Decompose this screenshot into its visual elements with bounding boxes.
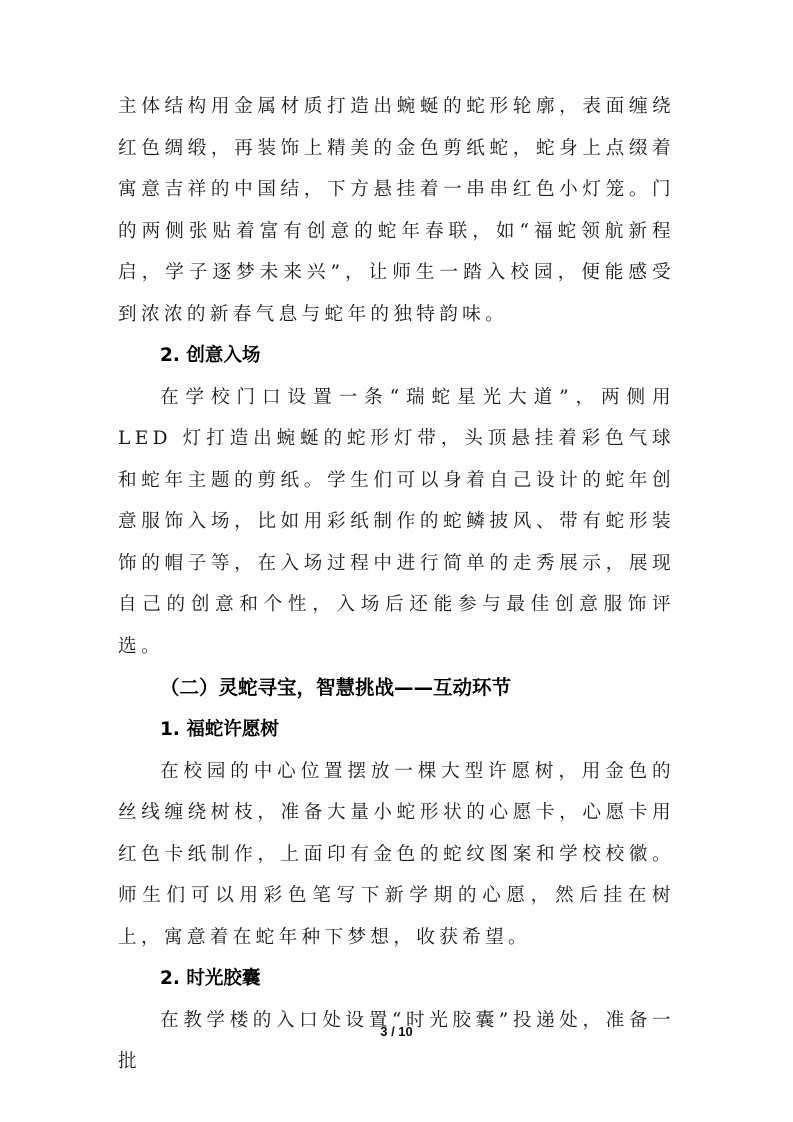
section-heading-interactive: （二）灵蛇寻宝，智慧挑战——互动环节 [118, 667, 675, 709]
paragraph-gate-decoration: 主体结构用金属材质打造出蜿蜒的蛇形轮廓，表面缠绕红色绸缎，再装饰上精美的金色剪纸… [118, 86, 675, 335]
paragraph-time-capsule: 在教学楼的入口处设置“时光胶囊”投递处，准备一批 [118, 1000, 675, 1083]
document-page: 主体结构用金属材质打造出蜿蜒的蛇形轮廓，表面缠绕红色绸缎，再装饰上精美的金色剪纸… [0, 0, 793, 1122]
paragraph-starlight-avenue: 在学校门口设置一条“瑞蛇星光大道”，两侧用 LED 灯打造出蜿蜒的蛇形灯带，头顶… [118, 377, 675, 668]
subheading-wishing-tree: 1. 福蛇许愿树 [118, 709, 675, 751]
paragraph-wishing-tree: 在校园的中心位置摆放一棵大型许愿树，用金色的丝线缠绕树枝，准备大量小蛇形状的心愿… [118, 751, 675, 959]
page-number: 3 / 10 [0, 1024, 793, 1039]
subheading-time-capsule: 2. 时光胶囊 [118, 958, 675, 1000]
subheading-creative-entrance: 2. 创意入场 [118, 335, 675, 377]
page-content: 主体结构用金属材质打造出蜿蜒的蛇形轮廓，表面缠绕红色绸缎，再装饰上精美的金色剪纸… [118, 86, 675, 1083]
